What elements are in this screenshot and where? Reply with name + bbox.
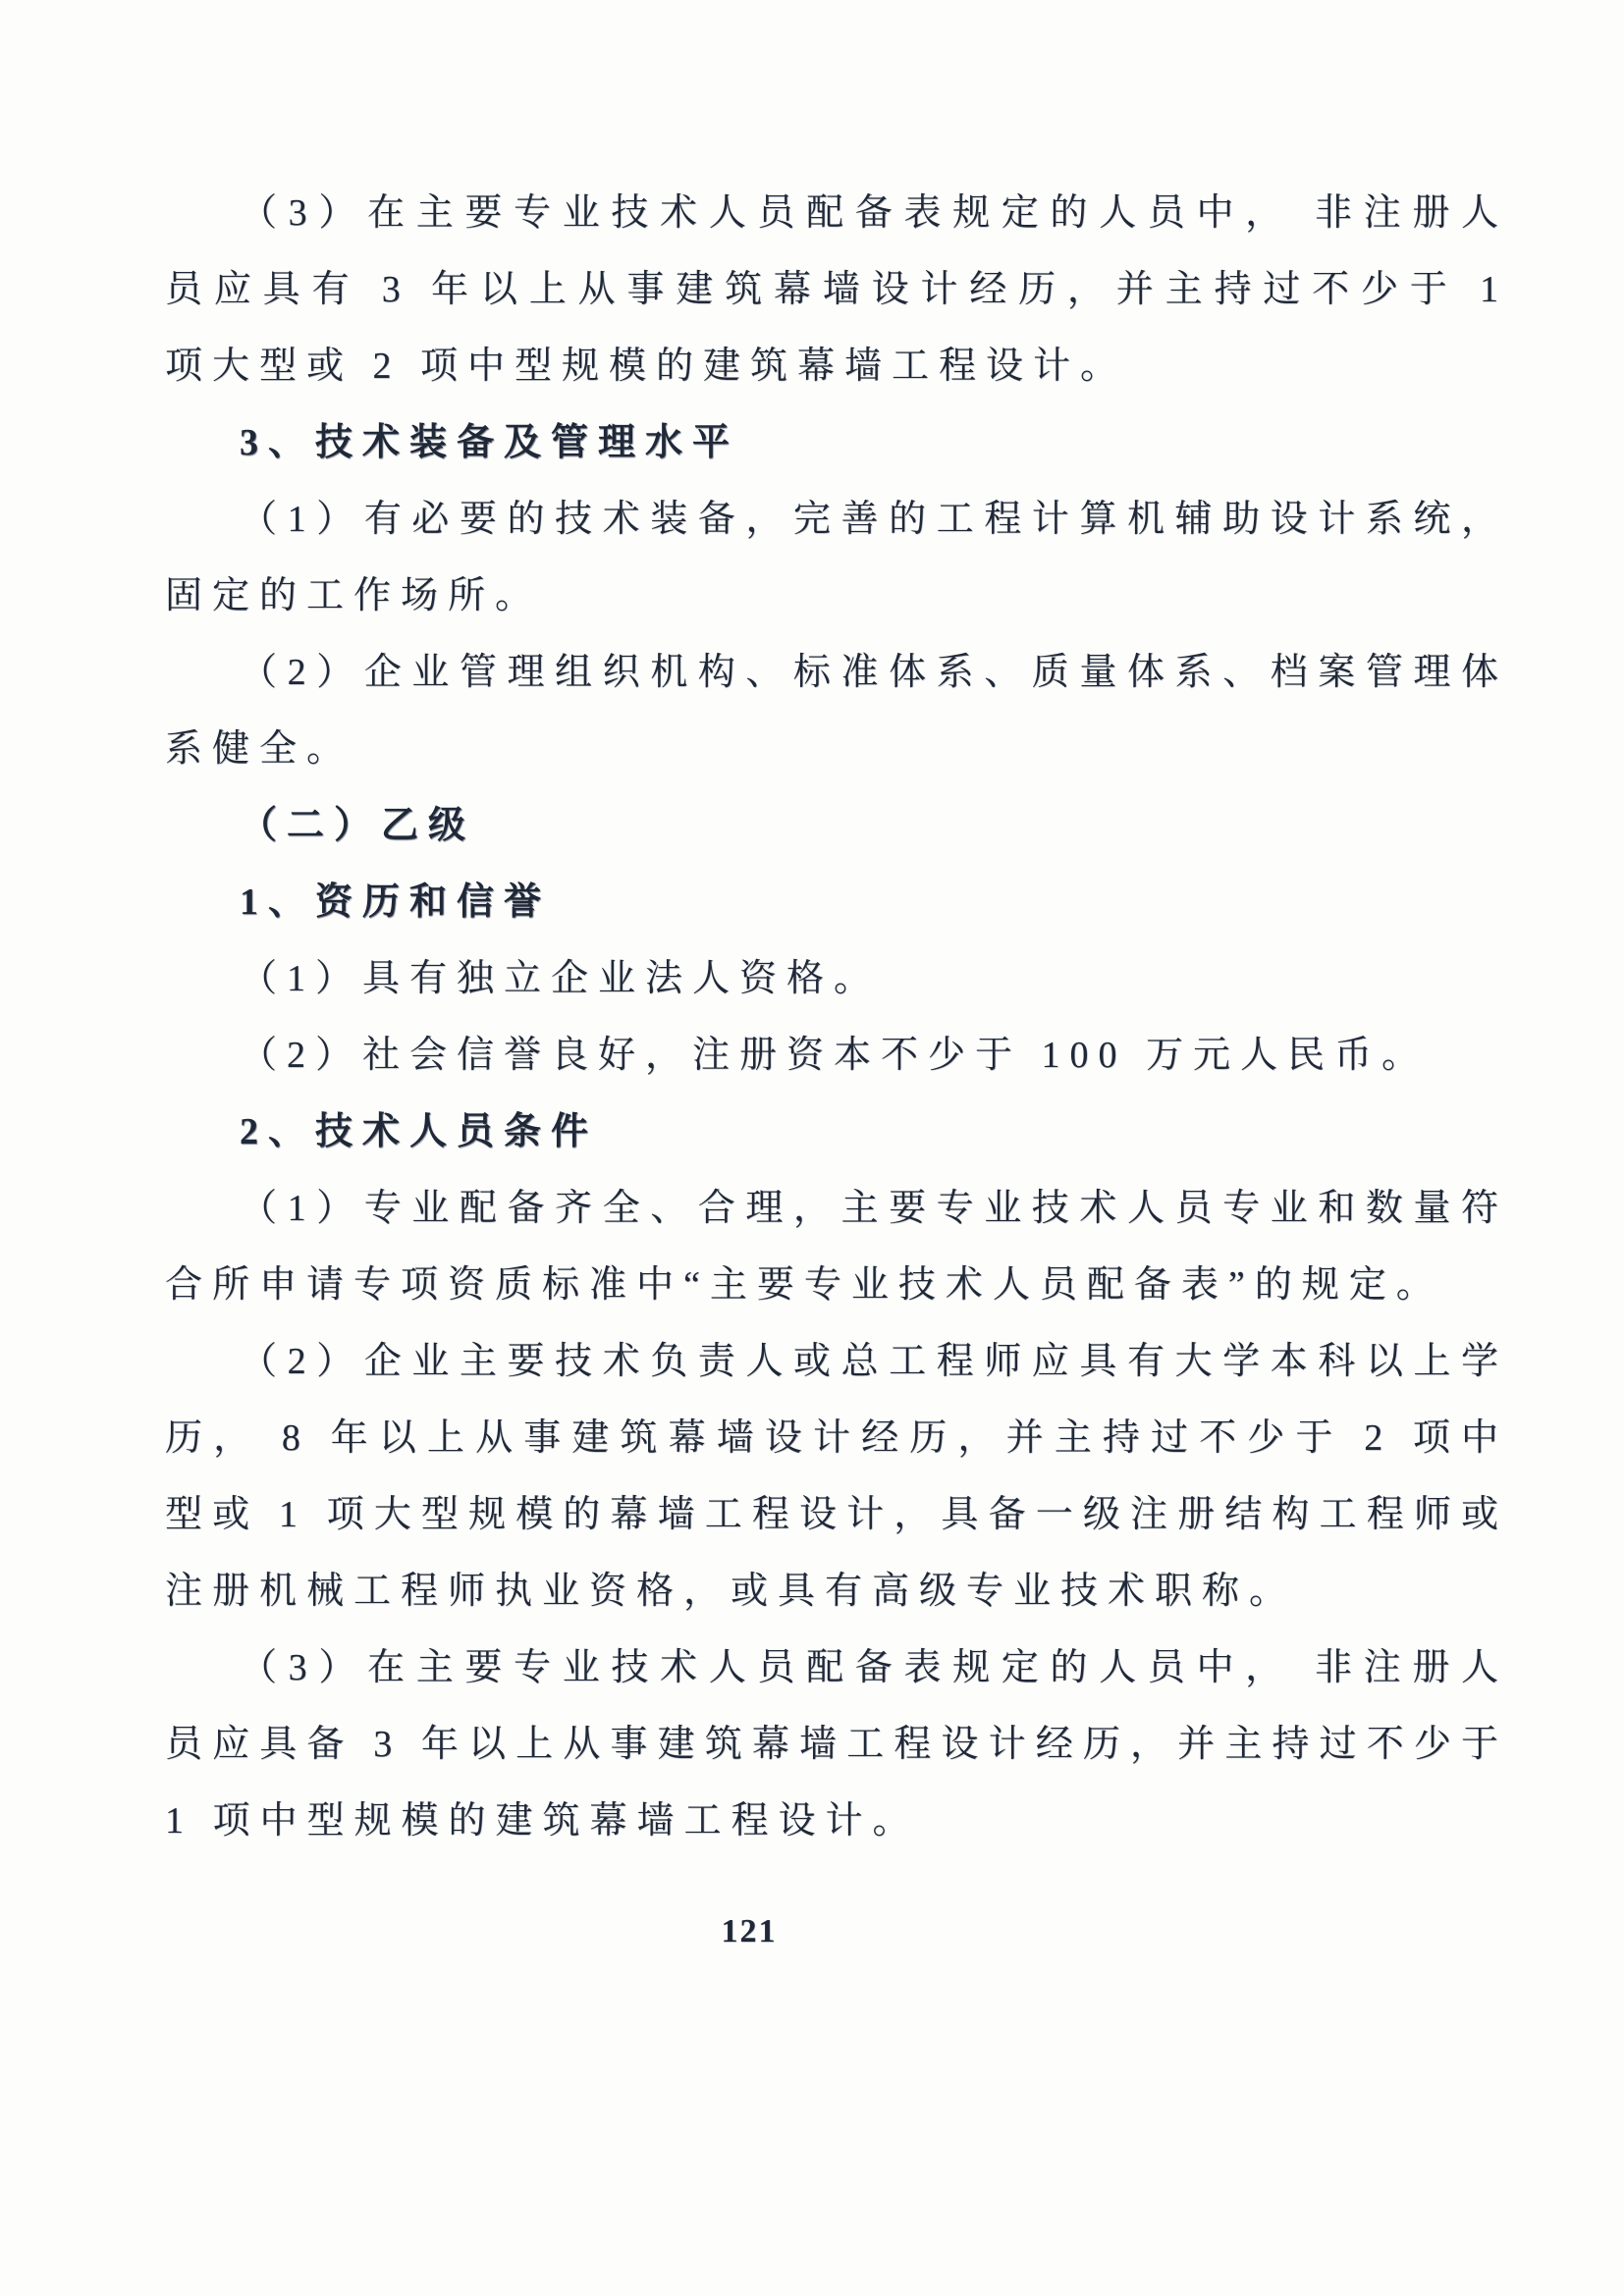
- document-page: （3）在主要专业技术人员配备表规定的人员中， 非注册人员应具有 3 年以上从事建…: [0, 0, 1624, 2296]
- paragraph-equipment: （1）有必要的技术装备，完善的工程计算机辅助设计系统，固定的工作场所。: [165, 481, 1508, 634]
- section-heading-technical-personnel: 2、技术人员条件: [165, 1094, 1508, 1170]
- paragraph-management-systems: （2）企业管理组织机构、标准体系、质量体系、档案管理体系健全。: [165, 634, 1508, 787]
- paragraph-item-3-jia: （3）在主要专业技术人员配备表规定的人员中， 非注册人员应具有 3 年以上从事建…: [165, 175, 1508, 404]
- paragraph-registered-capital: （2）社会信誉良好，注册资本不少于 100 万元人民币。: [165, 1017, 1508, 1094]
- paragraph-chief-engineer: （2）企业主要技术负责人或总工程师应具有大学本科以上学历， 8 年以上从事建筑幕…: [165, 1323, 1508, 1629]
- section-heading-grade-b: （二）乙级: [165, 787, 1508, 864]
- paragraph-item-3-yi: （3）在主要专业技术人员配备表规定的人员中， 非注册人员应具备 3 年以上从事建…: [165, 1629, 1508, 1859]
- paragraph-personnel-allocation: （1）专业配备齐全、合理，主要专业技术人员专业和数量符合所申请专项资质标准中“主…: [165, 1170, 1508, 1323]
- section-heading-equipment-management: 3、技术装备及管理水平: [165, 404, 1508, 481]
- paragraph-legal-person: （1）具有独立企业法人资格。: [165, 940, 1508, 1017]
- section-heading-qualification-reputation: 1、资历和信誉: [165, 864, 1508, 940]
- document-body: （3）在主要专业技术人员配备表规定的人员中， 非注册人员应具有 3 年以上从事建…: [165, 175, 1508, 1859]
- page-number: 121: [0, 1912, 1561, 1951]
